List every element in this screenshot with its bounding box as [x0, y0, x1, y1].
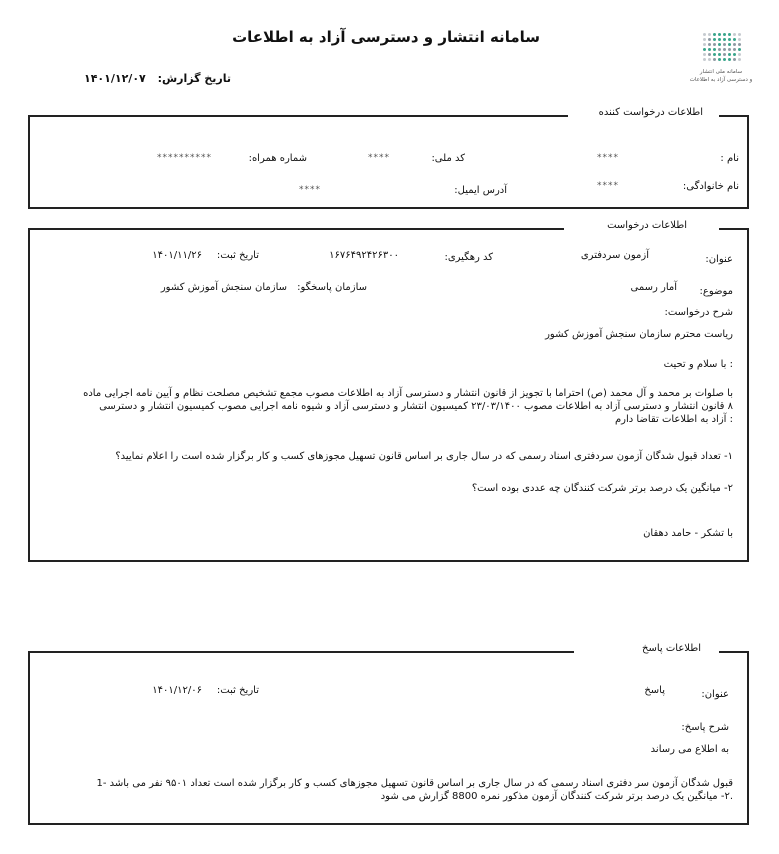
question-1: ۱- تعداد قبول شدگان آزمون سردفتری اسناد …	[115, 451, 733, 462]
national-code-label: کد ملی:	[431, 153, 465, 164]
last-name-value: ****	[597, 181, 619, 191]
subject-label: موضوع:	[699, 286, 733, 297]
page-title: سامانه انتشار و دسترسی آزاد به اطلاعات	[280, 28, 540, 46]
response-legend: اطلاعات پاسخ	[638, 643, 705, 654]
tracking-code-label: کد رهگیری:	[444, 252, 493, 263]
mobile-label: شماره همراه:	[249, 153, 307, 164]
last-name-label: نام خانوادگی:	[683, 181, 739, 192]
report-date-label: تاریخ گزارش:	[158, 72, 231, 85]
request-title-label: عنوان:	[705, 254, 733, 265]
request-section: اطلاعات درخواست عنوان: آزمون سردفتری کد …	[28, 228, 749, 562]
response-title-label: عنوان:	[701, 689, 729, 700]
request-legend: اطلاعات درخواست	[603, 220, 691, 231]
request-title-value: آزمون سردفتری	[581, 250, 649, 261]
response-intro: به اطلاع می رساند	[651, 744, 729, 755]
requester-section: اطلاعات درخواست کننده نام : **** کد ملی:…	[28, 115, 749, 209]
email-label: آدرس ایمیل:	[454, 185, 507, 196]
response-title-value: پاسخ	[644, 685, 665, 696]
request-greeting: : با سلام و تحیت	[664, 359, 733, 370]
request-reg-date-value: ۱۴۰۱/۱۱/۲۶	[152, 250, 202, 261]
tracking-code-value: ۱۶۷۶۴۹۲۴۲۶۳۰۰	[329, 250, 399, 261]
report-date: تاریخ گزارش: ۱۴۰۱/۱۲/۰۷	[84, 72, 231, 85]
responding-org-label: سازمان پاسخگو:	[297, 282, 367, 293]
responding-org-value: سازمان سنجش آموزش کشور	[161, 282, 287, 293]
response-reg-date-label: تاریخ ثبت:	[217, 685, 259, 696]
logo-dots-icon	[702, 32, 742, 66]
first-name-label: نام :	[720, 153, 739, 164]
response-desc-label: شرح پاسخ:	[681, 722, 729, 733]
email-value: ****	[299, 185, 321, 195]
logo: سامانه ملی انتشار و دسترسی آزاد به اطلاع…	[676, 32, 766, 90]
mobile-value: **********	[157, 153, 212, 163]
first-name-value: ****	[597, 153, 619, 163]
request-addressee: ریاست محترم سازمان سنجش آموزش کشور	[545, 329, 733, 340]
request-desc-label: شرح درخواست:	[664, 307, 733, 318]
logo-text: سامانه ملی انتشار و دسترسی آزاد به اطلاع…	[676, 68, 766, 84]
subject-value: آمار رسمی	[630, 282, 677, 293]
national-code-value: ****	[368, 153, 390, 163]
signature: با تشکر - حامد دهقان	[643, 528, 733, 539]
question-2: ۲- میانگین یک درصد برتر شرکت کنندگان چه …	[472, 483, 733, 494]
response-section: اطلاعات پاسخ عنوان: پاسخ تاریخ ثبت: ۱۴۰۱…	[28, 651, 749, 825]
request-body: با صلوات بر محمد و آل محمد (ص) احتراما ب…	[33, 387, 733, 426]
requester-legend: اطلاعات درخواست کننده	[595, 107, 707, 118]
report-date-value: ۱۴۰۱/۱۲/۰۷	[84, 72, 146, 85]
request-reg-date-label: تاریخ ثبت:	[217, 250, 259, 261]
response-reg-date-value: ۱۴۰۱/۱۲/۰۶	[152, 685, 202, 696]
response-answer: قبول شدگان آزمون سر دفتری اسناد رسمی که …	[28, 777, 733, 803]
